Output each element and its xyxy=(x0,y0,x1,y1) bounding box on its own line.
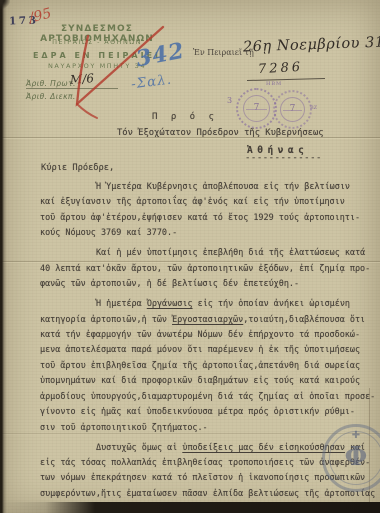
text-line: 40 λεπτά κατ'ὀκᾶν ἄρτου, τῶν ἀρτοποιητικ… xyxy=(40,261,368,276)
text-segment: ὑπομνημάτων καί διά προφορικῶν διαβημάτω… xyxy=(40,375,360,385)
text-line: κούς Νόμους 3769 καί 3770.- xyxy=(40,225,368,240)
text-segment: καί xyxy=(345,442,365,452)
postal-stamp-right: 7 xyxy=(273,90,312,129)
postal-stamp-left: 7 xyxy=(236,88,277,129)
postal-stamp-bar xyxy=(283,110,302,111)
text-line: Καί ἡ μέν ὑποτίμησις ἐπεβλήθη διά τῆς ἐλ… xyxy=(40,245,368,260)
text-segment: Ἡ Ὑμετέρα Κυβέρνησις ἀποβλέπουσα εἰς τήν… xyxy=(96,181,350,191)
postal-stamp-date: 7 xyxy=(275,104,310,114)
text-segment: Δυστυχῶς ὅμως αἱ xyxy=(96,442,182,452)
text-segment: 40 λεπτά κατ'ὀκᾶν ἄρτου, τῶν ἀρτοποιητικ… xyxy=(40,263,370,273)
dispatch-number-underline xyxy=(247,78,325,81)
stamp-annotation-right: ΒΖ xyxy=(310,105,317,111)
text-segment: φανῶς τῶν ἀρτοποιῶν, ἡ δέ βελτίωσις δέν … xyxy=(40,278,299,288)
text-segment: κούς Νόμους 3769 καί 3770.- xyxy=(40,227,177,237)
paragraph: Ἡ ἡμετέρα Ὀργάνωσις εἰς τήν ὁποίαν ἀνήκε… xyxy=(40,296,368,435)
pros-heading: Π ρ ό ς xyxy=(152,112,218,122)
stamp-annotation-digit: 3 xyxy=(227,96,232,105)
protocol-rule xyxy=(26,88,118,89)
dispatch-number-handwritten: 7286 xyxy=(258,60,304,77)
text-segment: εἰς τάς τόσας πολλαπλάς ἐπιβληθείσας τρο… xyxy=(40,457,370,467)
text-segment: σιν τοῦ ἀρτοποιητικοῦ ζητήματος.- xyxy=(40,422,208,432)
letter-body: Ἡ Ὑμετέρα Κυβέρνησις ἀποβλέπουσα εἰς τήν… xyxy=(40,179,368,506)
underlined-text: Ἐργοστασιαρχῶν xyxy=(172,314,243,324)
text-line: μενα ἀποτελέσματα παρά μόνον ὅτι παρέμεν… xyxy=(40,342,368,357)
blue-pencil-note: -Σαλ. xyxy=(130,72,173,93)
text-segment: εἰς τήν ὁποίαν ἀνήκει ὡρισμένη xyxy=(193,298,350,308)
underlined-text: ὑποδείξεις μας δέν εἰσηκούσθησαν xyxy=(182,442,345,452)
text-line: καί ἐξυγίανσιν τῆς ἀρτοποιΐας ἀφ'ἑνός κα… xyxy=(40,194,368,209)
protocol-number-label: Ἀριθ. Πρωτ. xyxy=(26,79,76,88)
scan-edge-bottom xyxy=(0,502,380,513)
text-segment: συμφερόντων,ἥτις ἐματαίωσεν πᾶσαν ἐλπίδα… xyxy=(40,488,375,498)
text-line: κατά τήν ἐφαρμογήν τῶν ἀνωτέρω Νόμων δέν… xyxy=(40,327,368,342)
text-line: Δυστυχῶς ὅμως αἱ ὑποδείξεις μας δέν εἰση… xyxy=(40,440,368,455)
text-segment: τοῦ ἄρτου ἐπιβληθεῖσα ζημία τῆς ἀρτοποιΐ… xyxy=(40,360,360,370)
text-line: φανῶς τῶν ἀρτοποιῶν, ἡ δέ βελτίωσις δέν … xyxy=(40,276,368,291)
text-line: σιν τοῦ ἀρτοποιητικοῦ ζητήματος.- xyxy=(40,420,368,435)
text-line: κατηγορία ἀρτοποιῶν,ἡ τῶν Ἐργοστασιαρχῶν… xyxy=(40,312,368,327)
scan-corner-shadow xyxy=(0,0,10,9)
text-segment: τοῦ ἄρτου ἀφ'ἑτέρου,ἐψήφισεν κατά τό ἔτο… xyxy=(40,212,360,222)
protocol-number-value: Μ/6 xyxy=(70,71,95,87)
scanned-letter: ΣΥΝΔΕΣΜΟΣ ΑΡΤΟΒΙΟΜΗΧΑΝΩΝ ΠΕΙΡΑΙΩΣ - ΑΘΗΝ… xyxy=(0,0,380,513)
postal-stamp-bar xyxy=(246,109,267,110)
salutation: Κύριε Πρόεδρε, xyxy=(41,163,114,173)
text-segment: γίνοντο εἰς ἡμᾶς καί ὑποδεικνύουσα μέτρα… xyxy=(40,406,355,416)
underlined-text: Ὀργάνωσις xyxy=(147,298,193,308)
postal-stamp-inner-ring xyxy=(280,97,305,122)
dispatch-number-label: Ἀριθ. Διεκπ. xyxy=(26,92,76,101)
recipient-line: Τόν Ἐξοχώτατον Πρόεδρον τῆς Κυβερνήσεως xyxy=(117,128,324,138)
postal-stamp-inner-ring xyxy=(243,95,270,122)
text-segment: ,τοιαύτη,διαβλέπουσα ὅτι xyxy=(243,314,365,324)
text-line: ἁρμοδίους ὑπουργούς,διαμαρτυρομένη διά τ… xyxy=(40,389,368,404)
text-line: τοῦ ἄρτου ἐπιβληθεῖσα ζημία τῆς ἀρτοποιΐ… xyxy=(40,358,368,373)
text-line: των νόμων ἐπεκράτησεν κατά τό πλεῖστον ἡ… xyxy=(40,470,368,485)
stamp-annotation-top: ΗΒΜ xyxy=(266,81,282,87)
paragraph: Ἡ Ὑμετέρα Κυβέρνησις ἀποβλέπουσα εἰς τήν… xyxy=(40,179,368,241)
text-line: συμφερόντων,ἥτις ἐματαίωσεν πᾶσαν ἐλπίδα… xyxy=(40,486,368,501)
text-line: εἰς τάς τόσας πολλαπλάς ἐπιβληθείσας τρο… xyxy=(40,455,368,470)
city-underline-dashes: ------------- xyxy=(245,153,322,163)
text-segment: μενα ἀποτελέσματα παρά μόνον ὅτι παρέμεν… xyxy=(40,344,360,354)
dateline-handwritten: 26ῃ Νοεμβρίου 31 xyxy=(243,35,380,56)
paragraph: Δυστυχῶς ὅμως αἱ ὑποδείξεις μας δέν εἰση… xyxy=(40,440,368,502)
text-line: γίνοντο εἰς ἡμᾶς καί ὑποδεικνύουσα μέτρα… xyxy=(40,404,368,419)
text-segment: Ἡ ἡμετέρα xyxy=(96,298,147,308)
text-segment: Καί ἡ μέν ὑποτίμησις ἐπεβλήθη διά τῆς ἐλ… xyxy=(96,247,365,257)
text-segment: ἁρμοδίους ὑπουργούς,διαμαρτυρομένη διά τ… xyxy=(40,391,375,401)
text-line: Ἡ ἡμετέρα Ὀργάνωσις εἰς τήν ὁποίαν ἀνήκε… xyxy=(40,296,368,311)
text-segment: καί ἐξυγίανσιν τῆς ἀρτοποιΐας ἀφ'ἑνός κα… xyxy=(40,196,345,206)
text-segment: των νόμων ἐπεκράτησεν κατά τό πλεῖστον ἡ… xyxy=(40,472,365,482)
paragraph: Καί ἡ μέν ὑποτίμησις ἐπεβλήθη διά τῆς ἐλ… xyxy=(40,245,368,291)
text-line: τοῦ ἄρτου ἀφ'ἑτέρου,ἐψήφισεν κατά τό ἔτο… xyxy=(40,210,368,225)
scan-edge-left xyxy=(0,0,7,513)
text-segment: κατηγορία ἀρτοποιῶν,ἡ τῶν xyxy=(40,314,172,324)
postal-stamp-date: 7 xyxy=(238,103,275,113)
text-line: ὑπομνημάτων καί διά προφορικῶν διαβημάτω… xyxy=(40,373,368,388)
text-line: Ἡ Ὑμετέρα Κυβέρνησις ἀποβλέπουσα εἰς τήν… xyxy=(40,179,368,194)
text-segment: κατά τήν ἐφαρμογήν τῶν ἀνωτέρω Νόμων δέν… xyxy=(40,329,360,339)
